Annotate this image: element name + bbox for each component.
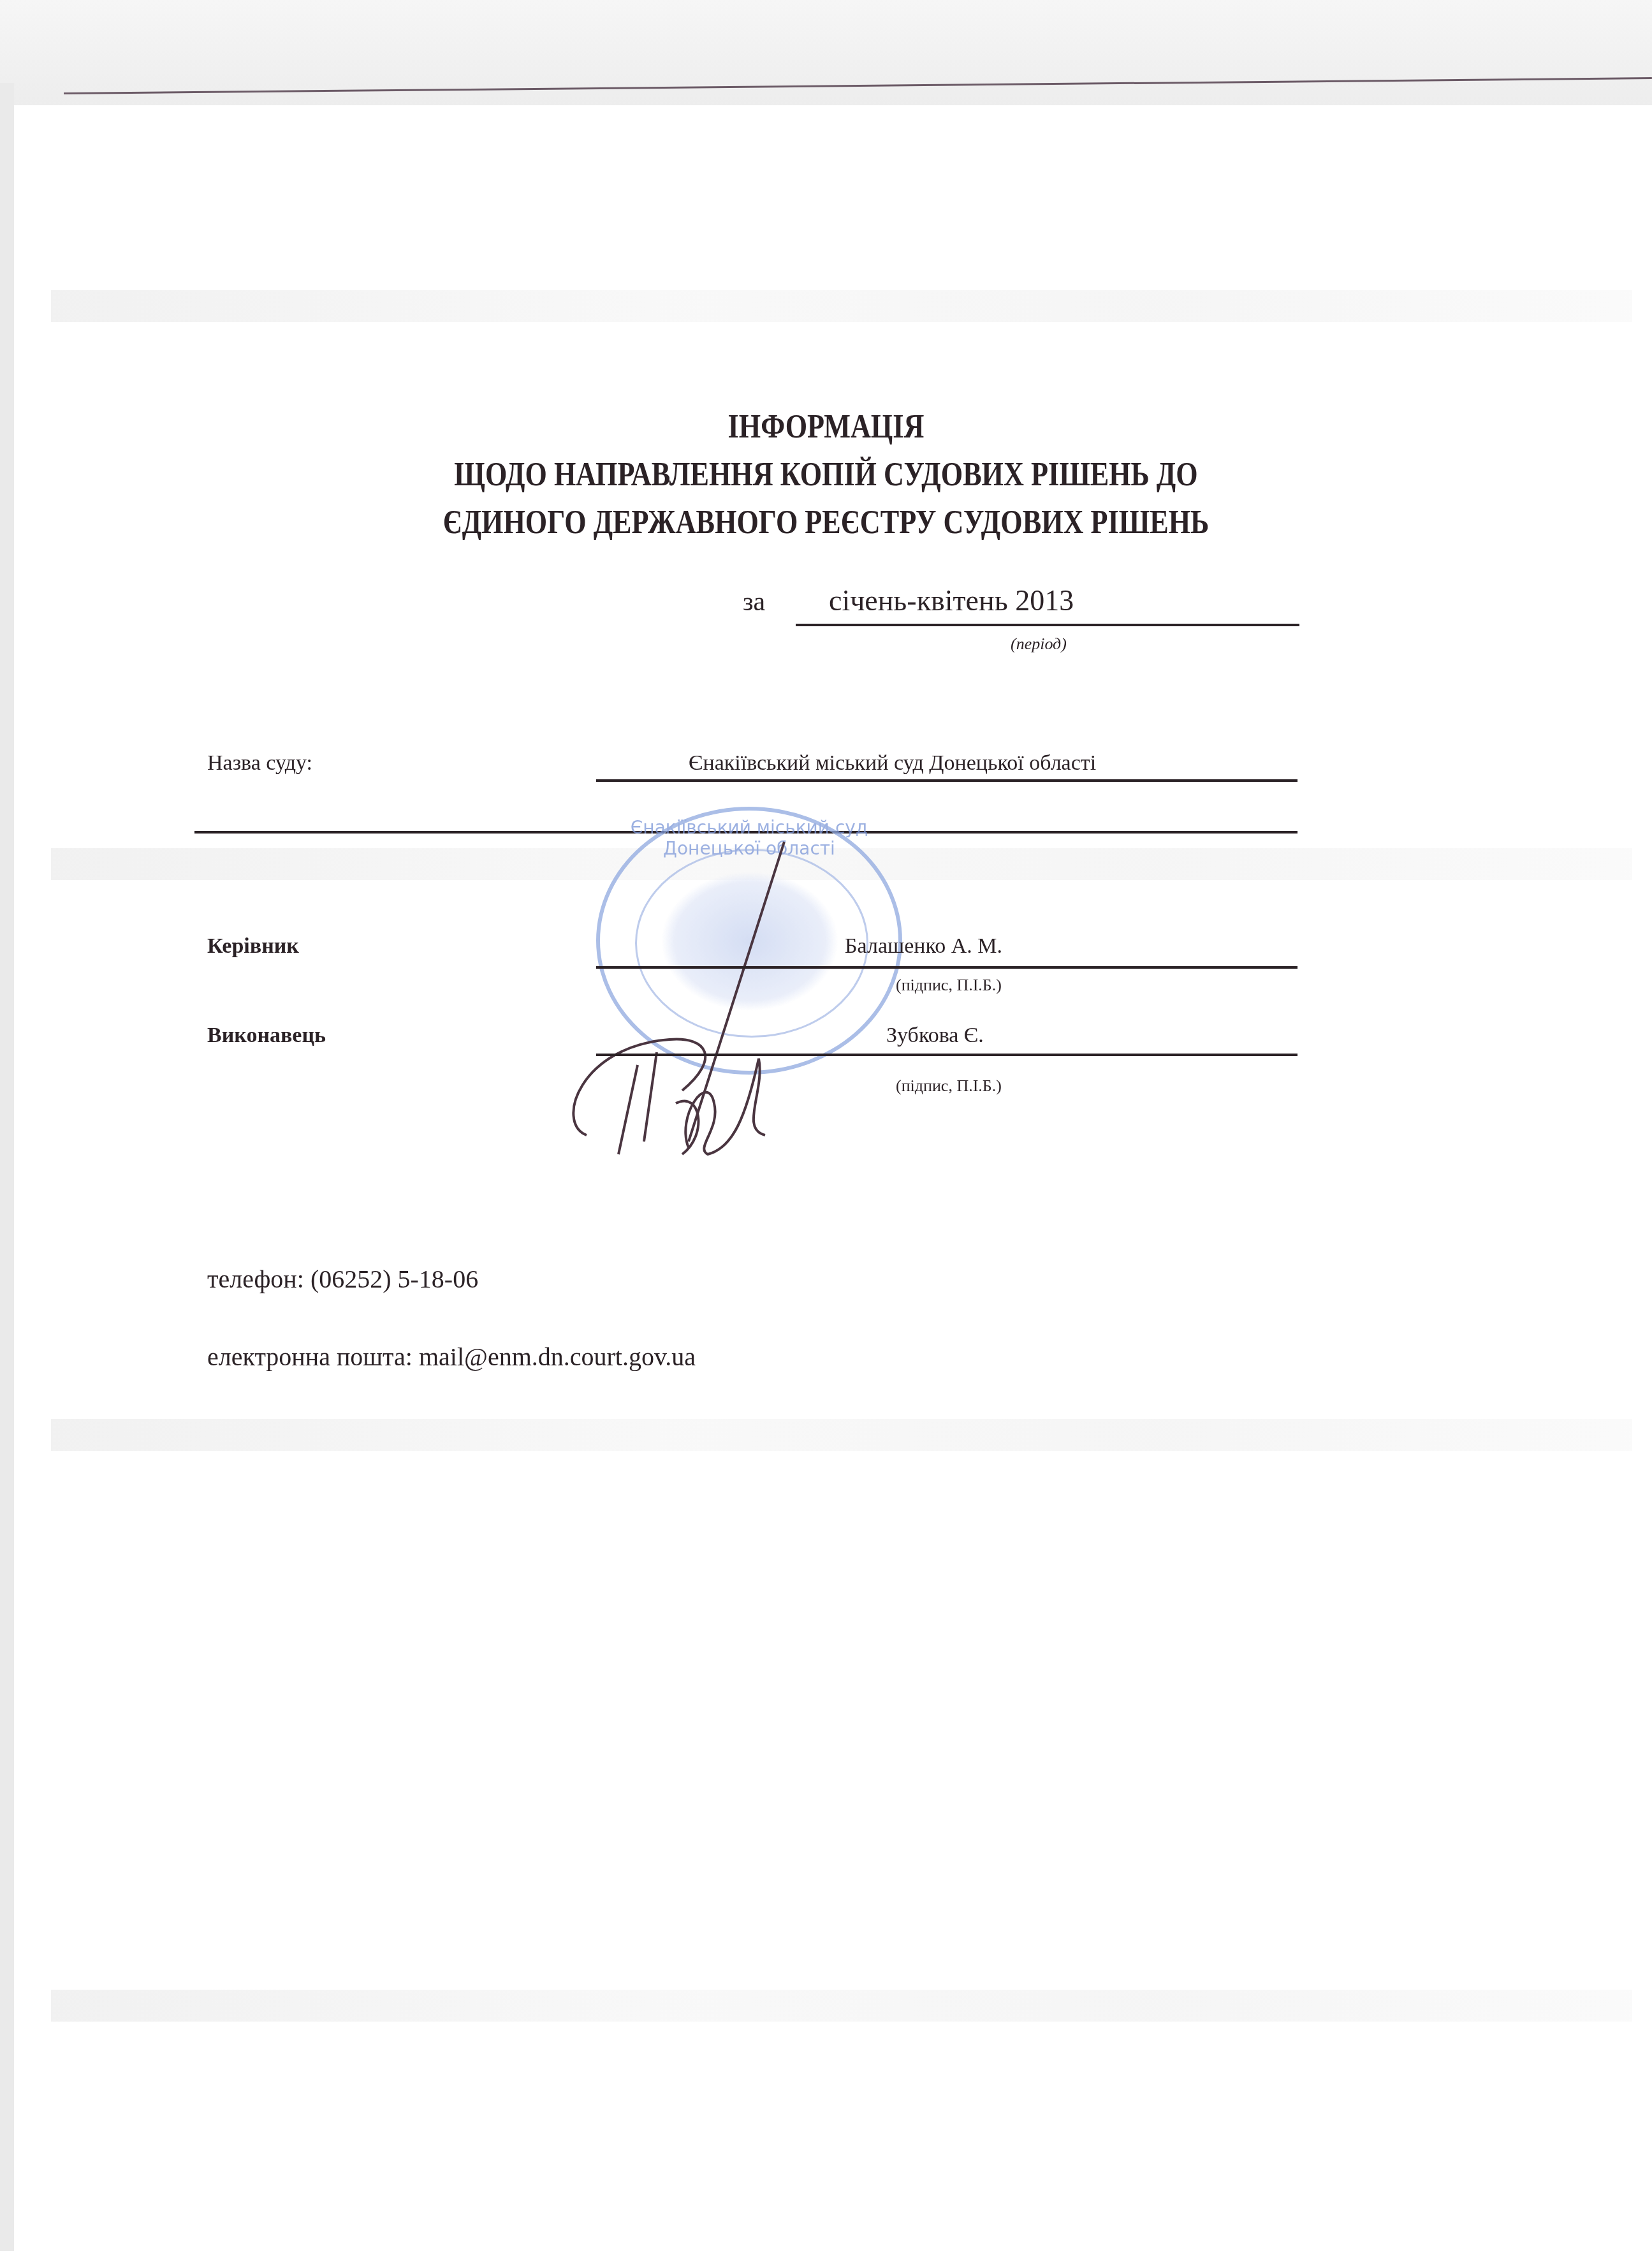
head-name: Балашенко А. М. [845,934,1002,959]
court-value: Єнакіївський міський суд Донецької облас… [689,751,1096,775]
executor-label: Виконавець [207,1024,326,1048]
signature-executor [669,1020,797,1167]
scan-left-edge [0,83,14,2251]
scan-artifact-band [51,1419,1632,1451]
email-line: електронна пошта: mail@enm.dn.court.gov.… [207,1342,696,1372]
head-label: Керівник [207,934,299,959]
head-underline [596,966,1297,969]
head-caption: (підпис, П.І.Б.) [896,976,1002,995]
period-value: січень-квітень 2013 [829,584,1074,617]
period-caption: (період) [1011,635,1067,654]
executor-caption: (підпис, П.І.Б.) [896,1076,1002,1096]
period-underline [796,624,1299,626]
court-label: Назва суду: [207,751,312,775]
court-underline [596,779,1297,782]
phone-line: телефон: (06252) 5-18-06 [207,1264,478,1294]
doc-subtitle-2: ЄДИНОГО ДЕРЖАВНОГО РЕЄСТРУ СУДОВИХ РІШЕН… [124,504,1528,541]
scan-top-shadow [0,0,1652,105]
executor-underline [596,1054,1297,1056]
doc-subtitle-1: ЩОДО НАПРАВЛЕННЯ КОПІЙ СУДОВИХ РІШЕНЬ ДО [124,456,1528,494]
scan-artifact-band [51,290,1632,322]
scan-artifact-band [51,1990,1632,2022]
period-prefix: за [743,587,765,617]
executor-name: Зубкова Є. [886,1024,984,1048]
doc-title: ІНФОРМАЦІЯ [124,408,1528,446]
